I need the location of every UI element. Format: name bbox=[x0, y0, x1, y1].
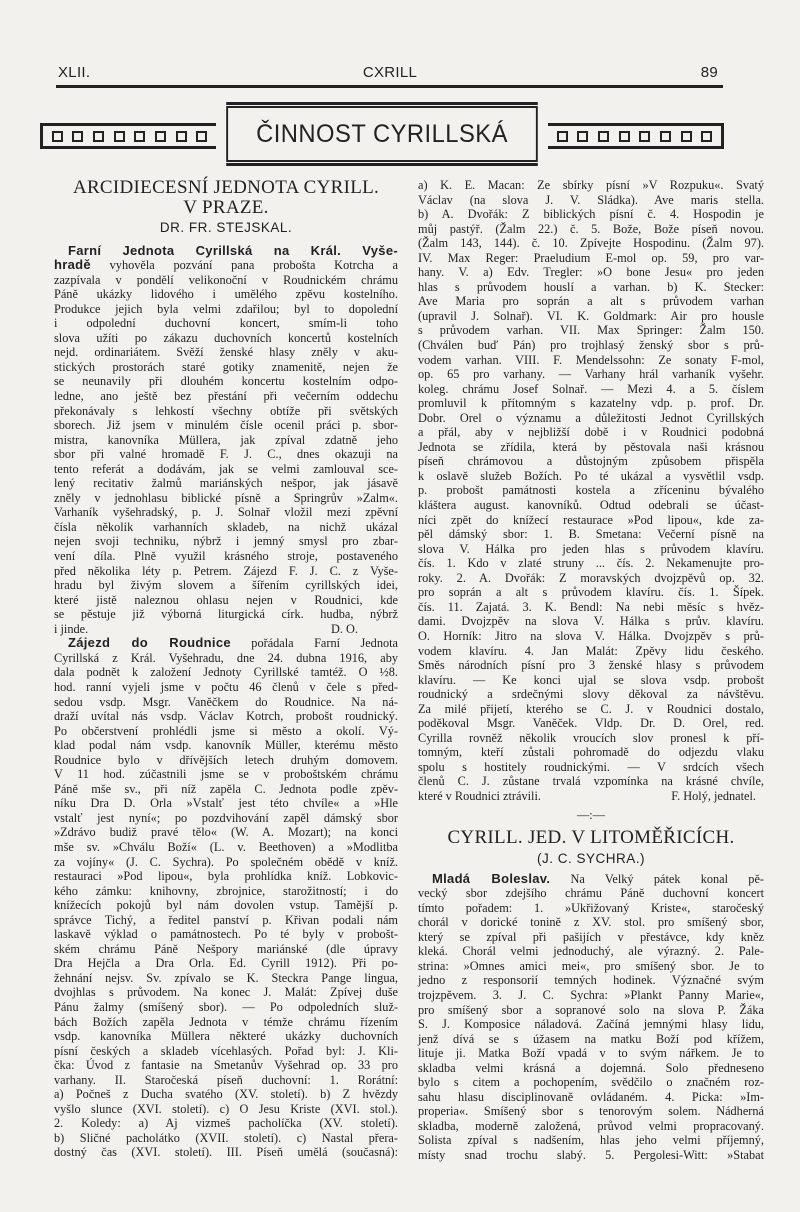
signature: D. O. bbox=[331, 622, 398, 637]
text-line: pro soprán a alt s průvodem klavíru. čís… bbox=[418, 585, 764, 600]
text-line: čís. 1. Kdo v zlaté struny ... čís. 2. N… bbox=[418, 556, 764, 571]
text-line: před několika léty p. Petrem. Zájezd F. … bbox=[54, 564, 398, 579]
text-line: a přál, aby v nejbližší době i v Roudnic… bbox=[418, 425, 764, 440]
text-line: (Žalm 143, 144). č. 10. Zpívejte Hospodi… bbox=[418, 236, 764, 251]
square-ornament-icon bbox=[93, 131, 104, 142]
text-line: píseň chrámovou a důstojným způsobem při… bbox=[418, 454, 764, 469]
text-line: sbor při valné hromadě F. J. C., dnes ok… bbox=[54, 447, 398, 462]
text-line: hod. ranní vyjeli jsme v počtu 46 členů … bbox=[54, 680, 398, 695]
text-line: p. probošt památnosti kostela a zřícenin… bbox=[418, 483, 764, 498]
lead-title: Zájezd do Roudnice bbox=[68, 635, 231, 650]
square-ornament-icon bbox=[114, 131, 125, 142]
text-line: Roudnice bylo v dřívějších letech druhým… bbox=[54, 753, 398, 768]
text-line: za vojíny« (J. C. Sychra). Po společném … bbox=[54, 855, 398, 870]
text-line: mše sv. »Chválu Boží« (L. v. Beethoven) … bbox=[54, 840, 398, 855]
text-line: Za milé přijetí, kterého se C. J. v Roud… bbox=[418, 702, 764, 717]
heading-line-2: V PRAZE. bbox=[183, 197, 268, 218]
text-line: bách Božích zapěla Jednota v témže chrám… bbox=[54, 1015, 398, 1030]
text-line: roky. 2. A. Dvořák: Z moravských dvojzpě… bbox=[418, 571, 764, 586]
article-roudnice: Zájezd do Roudnice pořádala Farní Jednot… bbox=[54, 636, 398, 1160]
lead-title: Farní Jednota Cyrillská na Král. Vyše- bbox=[68, 243, 398, 258]
text-line: Páně ukázky lidového i umělého zpěvu kos… bbox=[54, 287, 398, 302]
text-line: kého zámku: knihovny, zbrojnice, staroži… bbox=[54, 884, 398, 899]
square-ornament-icon bbox=[619, 131, 630, 142]
text-line: zněly v jednohlasu biblické písně a Spri… bbox=[54, 491, 398, 506]
text-line: knížecích pokojů byl nám dovolen vstup. … bbox=[54, 898, 398, 913]
text-line: IV. Max Reger: Praeludium E-mol op. 59, … bbox=[418, 251, 764, 266]
text-line: překonávaly s lehkostí všechny obtíže př… bbox=[54, 404, 398, 419]
square-ornament-icon bbox=[598, 131, 609, 142]
article-heading-prague: ARCIDIECESNÍ JEDNOTA CYRILL. V PRAZE. bbox=[54, 178, 398, 218]
text-line: varhany. II. Staročeská píseň duchovní: … bbox=[54, 1073, 398, 1088]
text-line: vodem klavíru. 4. Jan Malát: Zpěvy lidu … bbox=[418, 644, 764, 659]
text-line: vsdp. kanovníka Müllera některé ukázky d… bbox=[54, 1029, 398, 1044]
signature-row: které v Roudnici ztrávili. F. Holý, jedn… bbox=[418, 789, 764, 804]
square-ornament-icon bbox=[176, 131, 187, 142]
square-ornament-icon bbox=[196, 131, 207, 142]
text-line: Páně mše sv., při níž zapěla C. Jednota … bbox=[54, 782, 398, 797]
text-line: slova užíti po zákazu duchovních koncert… bbox=[54, 331, 398, 346]
text-line: tomným, kteří zůstali pohromadě do odjez… bbox=[418, 745, 764, 760]
article-author: (J. C. SYCHRA.) bbox=[418, 852, 764, 867]
text-line: Václav (na slova J. V. Sládka). Ave mari… bbox=[418, 193, 764, 208]
left-column: ARCIDIECESNÍ JEDNOTA CYRILL. V PRAZE. DR… bbox=[54, 178, 398, 1160]
text-line: nejen svoji techniku, nýbrž i jemný smys… bbox=[54, 534, 398, 549]
square-ornament-icon bbox=[577, 131, 588, 142]
text-line: sedou vsdp. Msgr. Vaněčkem do Roudnice. … bbox=[54, 695, 398, 710]
lead-title-cont: hradě bbox=[54, 257, 91, 272]
text-line: Směs národních písní pro 3 ženské hlasy … bbox=[418, 658, 764, 673]
text-line: 2. Koledy: a) Aj vizmeš pacholíčka (XV. … bbox=[54, 1116, 398, 1131]
text-line: které v Roudnici ztrávili. bbox=[418, 789, 541, 804]
text-line: bylo s citem a pochopením, svědčilo o zn… bbox=[418, 1075, 764, 1090]
text-line: slova V. Hálka pro jeden hlas s průvodem… bbox=[418, 542, 764, 557]
text-line: Solista zpíval s nadšením, hlas jeho vel… bbox=[418, 1133, 764, 1148]
text-line: spolu s hostitely roudnickými. — V srdcí… bbox=[418, 760, 764, 775]
text-line: ském chrámu Páně Nešpory mariánské (dle … bbox=[54, 942, 398, 957]
text-line: vstalť jest nyní«; po pozdvihování zapěl… bbox=[54, 811, 398, 826]
running-header: XLII. CXRILL 89 bbox=[58, 64, 722, 84]
text-line: písní českých a skladeb vícehlasých. Poř… bbox=[54, 1044, 398, 1059]
text-line: čka: Úvod z fantasie na Smetanův Vyšehra… bbox=[54, 1058, 398, 1073]
text-line: vecký sbor zdejšího chrámu Páně duchovní… bbox=[418, 886, 764, 901]
text-line: Ave Maria pro soprán a alt s průvodem va… bbox=[418, 294, 764, 309]
text-line: dvojhlas s průvodem. Na konec J. Malát: … bbox=[54, 985, 398, 1000]
text-line: můj pastýř. (Žalm 22.) č. 5. Bože, Bože … bbox=[418, 222, 764, 237]
text-line: žehnání nejsv. Sv. zpívalo se K. Steckra… bbox=[54, 971, 398, 986]
text-line: pro smíšený sbor a sopranové solo na slo… bbox=[418, 1003, 764, 1018]
text-line: vodem varhan. VIII. F. Mendelssohn: Ze s… bbox=[418, 353, 764, 368]
text-line: a) Počneš z Ducha svatého (XV. století).… bbox=[54, 1087, 398, 1102]
text-line: klavíru. — Ke konci ujal se slova vsdp. … bbox=[418, 673, 764, 688]
article-heading-litomerice: CYRILL. JED. V LITOMĚŘICÍCH. bbox=[418, 826, 764, 850]
right-column: a) K. E. Macan: Ze sbírky písní »V Rozpu… bbox=[418, 178, 764, 1163]
square-ornament-icon bbox=[660, 131, 671, 142]
text-line: Po občerstvení prohlédli jsme si město a… bbox=[54, 724, 398, 739]
section-banner: ČINNOST CYRILLSKÁ bbox=[40, 104, 724, 166]
signature: F. Holý, jednatel. bbox=[671, 789, 764, 804]
article-mlada-boleslav: Mladá Boleslav. Na Velký pátek konal pě-… bbox=[418, 872, 764, 1163]
text-line: hany. V. a) Edv. Tregler: »O bone Jesu« … bbox=[418, 265, 764, 280]
article-author: DR. FR. STEJSKAL. bbox=[54, 221, 398, 236]
square-ornament-icon bbox=[72, 131, 83, 142]
text-line: Produkce jejich byla velmi zdařilou; byl… bbox=[54, 302, 398, 317]
section-separator: —:— bbox=[418, 808, 764, 823]
text-line: lituje ji. Matka Boží vpadá v to svým ná… bbox=[418, 1046, 764, 1061]
text-line: skladba, moderně založená, průvod velmi … bbox=[418, 1119, 764, 1134]
text-line: čísla několik varhanních skladeb, na nic… bbox=[54, 520, 398, 535]
text-line: Mladá Boleslav. Na Velký pátek konal pě- bbox=[418, 872, 764, 887]
article-body: Cyrillská z Král. Vyšehradu, dne 24. dub… bbox=[54, 651, 398, 1160]
text-line: draží uvítal nás vsdp. Václav Kotrch, pr… bbox=[54, 709, 398, 724]
square-ornament-icon bbox=[701, 131, 712, 142]
text-line: b) A. Dvořák: Z biblických písní č. 4. H… bbox=[418, 207, 764, 222]
header-rule bbox=[56, 85, 723, 88]
text-line: hradu byl živým slovem a šířením cyrills… bbox=[54, 578, 398, 593]
text-line: dala podnět k založení Jednoty Cyrillské… bbox=[54, 665, 398, 680]
text-line: V 11 hod. zúčastnili jsme se v proboštsk… bbox=[54, 767, 398, 782]
text-line: mistra, kanovníka Müllera, jak zpíval zd… bbox=[54, 433, 398, 448]
ornament-strip-left bbox=[40, 123, 216, 149]
text-line: které jistě naleznou ohlasu nejen v Roud… bbox=[54, 593, 398, 608]
text-line: promluvil k přítomným s kazatelny vdp. p… bbox=[418, 396, 764, 411]
text-line: (upravil J. Solnař). VI. K. Goldmark: Ai… bbox=[418, 309, 764, 324]
text-line: op. 65 pro varhany. — Varhany hrál varha… bbox=[418, 367, 764, 382]
text-line: kleká. Chorál velmi jednoduchý, ale výra… bbox=[418, 944, 764, 959]
lead-title: Mladá Boleslav. bbox=[432, 871, 550, 886]
text-line: S. J. Komposice náladová. Začíná jemnými… bbox=[418, 1017, 764, 1032]
text-line: správce Tichý, a ředitel panství p. Křiv… bbox=[54, 913, 398, 928]
text-line: koleg. chrámu Josef Solnař. — Mezi 4. a … bbox=[418, 382, 764, 397]
text-line: se neunavily při dlouhém koncertu kostel… bbox=[54, 374, 398, 389]
text-line: poděkoval Msgr. Vaněček. Vldp. Dr. D. Or… bbox=[418, 716, 764, 731]
text-line: trojzpěvem. 3. J. C. Sychra: »Plankt Pan… bbox=[418, 988, 764, 1003]
text-line: se pěstuje již výborná liturgická círk. … bbox=[54, 607, 398, 622]
text-line: roudnický a srdečnými slovy děkoval za n… bbox=[418, 687, 764, 702]
text-fragment: vyhověla pozvání pana probošta Kotrcha a bbox=[91, 258, 398, 272]
text-line: hlas s průvodem houslí a varhan. b) K. S… bbox=[418, 280, 764, 295]
text-line: sahu hlasu disciplinovaně ovládaném. 4. … bbox=[418, 1090, 764, 1105]
text-line: skladba velmi krásná a dojemná. Solo pře… bbox=[418, 1061, 764, 1076]
text-line: Dra Hejčla a Dra Orla. Ed. Cyrill 1912).… bbox=[54, 956, 398, 971]
text-line: stických prostorách staré gotiky znameni… bbox=[54, 360, 398, 375]
text-line: hradě vyhověla pozvání pana probošta Kot… bbox=[54, 258, 398, 273]
heading-line-1: ARCIDIECESNÍ JEDNOTA CYRILL. bbox=[73, 177, 379, 198]
text-line: »Zdrávo budiž pravé tělo« (W. A. Mozart)… bbox=[54, 825, 398, 840]
signature-row: i jinde. D. O. bbox=[54, 622, 398, 637]
text-line: Varhaník vyšehradský, p. J. Solnař vloži… bbox=[54, 505, 398, 520]
journal-title: CXRILL bbox=[58, 64, 722, 81]
text-line: Cyrillská z Král. Vyšehradu, dne 24. dub… bbox=[54, 651, 398, 666]
text-line: k oslavě služeb Božích. Po té ukázal a v… bbox=[418, 469, 764, 484]
text-line: Pánu žalmy (smíšený sbor). — Po odpoledn… bbox=[54, 1000, 398, 1015]
text-line: nejd. ordinariátem. Svěží ženské hlasy z… bbox=[54, 345, 398, 360]
text-line: sborech. Již jsem v minulém čísle ocenil… bbox=[54, 418, 398, 433]
text-line: členů C. J. zůstane trvalá vzpomínka na … bbox=[418, 774, 764, 789]
page-number: 89 bbox=[701, 64, 718, 81]
article-vysehrad: Farní Jednota Cyrillská na Král. Vyše- h… bbox=[54, 244, 398, 637]
text-line: b) Sličné pacholátko (XVII. století). c)… bbox=[54, 1131, 398, 1146]
section-title: ČINNOST CYRILLSKÁ bbox=[226, 106, 538, 162]
text-line: tímto pořadem: 1. »Ukřižovaný Kriste«, s… bbox=[418, 901, 764, 916]
text-line: vyšlo slunce (XVI. století). c) O Jesu K… bbox=[54, 1102, 398, 1117]
text-line: Dobr. Orel o významu a důležitosti Jedno… bbox=[418, 411, 764, 426]
text-line: restauraci »Pod lipou«, byla prohlídka k… bbox=[54, 869, 398, 884]
text-line: místy snad trochu slabý. 5. Pergolesi-Wi… bbox=[418, 1148, 764, 1163]
text-line: dami. Dvojzpěv na slova V. Hálka s prův.… bbox=[418, 614, 764, 629]
text-line: který se zpíval při pašijích v přestávce… bbox=[418, 930, 764, 945]
text-line: pěl dámský sbor: 1. B. Smetana: Večerní … bbox=[418, 527, 764, 542]
square-ornament-icon bbox=[639, 131, 650, 142]
text-line: vení díla. Plně využil krásného stroje, … bbox=[54, 549, 398, 564]
text-line: properia«. Smíšený sbor s tenorovým sole… bbox=[418, 1104, 764, 1119]
text-line: níci zpět do knížecí restaurace »Pod lip… bbox=[418, 513, 764, 528]
text-line: s průvodem varhan. VII. Max Springer: Ža… bbox=[418, 323, 764, 338]
text-fragment: Na Velký pátek konal pě- bbox=[550, 872, 764, 886]
text-line: (Chválen buď Pán) pro trojhlasý ženský s… bbox=[418, 338, 764, 353]
square-ornament-icon bbox=[681, 131, 692, 142]
text-line: a) K. E. Macan: Ze sbírky písní »V Rozpu… bbox=[418, 178, 764, 193]
text-line: Zájezd do Roudnice pořádala Farní Jednot… bbox=[54, 636, 398, 651]
text-line: dostný čas (XVI. století). III. Píseň um… bbox=[54, 1145, 398, 1160]
journal-page: XLII. CXRILL 89 ČINNOST CYRILLSKÁ bbox=[0, 0, 800, 1212]
text-line: i odpolední duchovní koncert, smím-li to… bbox=[54, 316, 398, 331]
text-line: chorál v dorické tonině z XV. stol. pro … bbox=[418, 915, 764, 930]
article-body: zazpívala v pondělí velikonoční v Roudni… bbox=[54, 273, 398, 622]
text-line: tento referát a dodávám, jak se velmi za… bbox=[54, 462, 398, 477]
text-line: jedno z responsorií temných hodinek. Výz… bbox=[418, 973, 764, 988]
text-line: strina: »Omnes amici mei«, pro smíšený s… bbox=[418, 959, 764, 974]
square-ornament-icon bbox=[52, 131, 63, 142]
ornament-strip-right bbox=[548, 123, 724, 149]
square-ornament-icon bbox=[134, 131, 145, 142]
text-line: lený recitativ žalmů mariánských nešpor,… bbox=[54, 476, 398, 491]
text-line: klad podal nám vsdp. kanovník Müller, kt… bbox=[54, 738, 398, 753]
text-line: kláštera august. kanovníků. Odtud odebra… bbox=[418, 498, 764, 513]
square-ornament-icon bbox=[557, 131, 568, 142]
article-continuation: a) K. E. Macan: Ze sbírky písní »V Rozpu… bbox=[418, 178, 764, 789]
text-fragment: pořádala Farní Jednota bbox=[231, 636, 398, 650]
text-line: Jednota se zřídila, která by pěstovala n… bbox=[418, 440, 764, 455]
text-line: i jinde. bbox=[54, 622, 88, 637]
article-body: vecký sbor zdejšího chrámu Páně duchovní… bbox=[418, 886, 764, 1162]
text-line: Farní Jednota Cyrillská na Král. Vyše- bbox=[54, 244, 398, 259]
text-line: ledne, ano ještě bez přestání při večern… bbox=[54, 389, 398, 404]
text-line: O. Horník: Jitro na slova V. Hálka. Dvoj… bbox=[418, 629, 764, 644]
text-line: níku Dra D. Orla »Vstalť jest této chvíl… bbox=[54, 796, 398, 811]
text-line: čís. 11. Zajatá. 3. K. Bendl: Na nebi mě… bbox=[418, 600, 764, 615]
text-line: Cyrilla rovněž několik vroucích slov pro… bbox=[418, 731, 764, 746]
text-line: laskavě výklad o památnostech. Po té byl… bbox=[54, 927, 398, 942]
text-line: zazpívala v pondělí velikonoční v Roudni… bbox=[54, 273, 398, 288]
square-ornament-icon bbox=[155, 131, 166, 142]
text-line: jenž dívá se s úžasem na matku Boží pod … bbox=[418, 1032, 764, 1047]
